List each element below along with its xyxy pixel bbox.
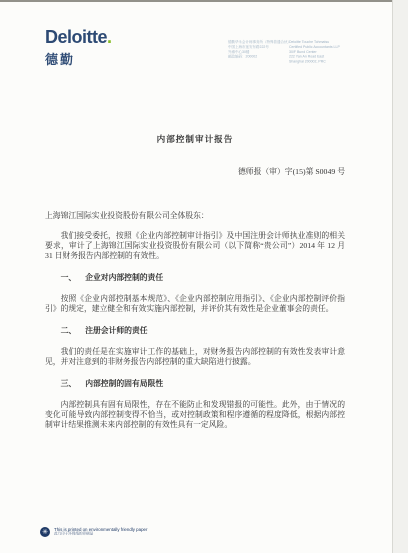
firm-address-chinese: 德勤华永会计师事务所（特殊普通合伙） 中国上海市延安东路222号 外滩中心30楼… bbox=[228, 40, 291, 60]
deloitte-logo: Deloitte. 德勤 bbox=[45, 28, 112, 68]
section-heading-1: 一、企业对内部控制的责任 bbox=[45, 273, 345, 283]
address-line: Shanghai 200002, PRC bbox=[289, 60, 340, 65]
intro-paragraph: 我们接受委托，按照《企业内部控制审计指引》及中国注册会计师执业准则的相关要求，审… bbox=[45, 231, 345, 262]
firm-address-english: Deloitte Touche Tohmatsu Certified Publi… bbox=[289, 40, 340, 64]
section-number: 二、 bbox=[61, 326, 77, 335]
address-line: 邮政编码：200002 bbox=[228, 55, 291, 60]
logo-green-dot: . bbox=[107, 27, 112, 47]
report-title: 内部控制审计报告 bbox=[45, 134, 345, 144]
reference-number: 德师报（审）字(15)第 S0049 号 bbox=[45, 167, 345, 177]
section-number: 三、 bbox=[61, 379, 77, 388]
section-title: 注册会计师的责任 bbox=[85, 326, 147, 335]
report-body: 内部控制审计报告 德师报（审）字(15)第 S0049 号 上海锦江国际实业投资… bbox=[45, 134, 345, 442]
scan-right-strip bbox=[392, 0, 408, 553]
section-paragraph-1: 按照《企业内部控制基本规范》、《企业内部控制应用指引》、《企业内部控制评价指引》… bbox=[45, 294, 345, 315]
eco-footer-text: This is printed on environmentally frien… bbox=[54, 527, 147, 536]
logo-text: Deloitte bbox=[45, 27, 107, 47]
logo-wordmark: Deloitte. bbox=[45, 28, 112, 46]
addressee-line: 上海锦江国际实业投资股份有限公司全体股东： bbox=[45, 211, 345, 221]
section-title: 企业对内部控制的责任 bbox=[85, 273, 163, 282]
section-paragraph-3: 内部控制具有固有局限性，存在不能防止和发现错报的可能性。此外，由于情况的变化可能… bbox=[45, 400, 345, 431]
logo-chinese-name: 德勤 bbox=[45, 49, 112, 68]
section-heading-2: 二、注册会计师的责任 bbox=[45, 326, 345, 336]
section-heading-3: 三、内部控制的固有局限性 bbox=[45, 379, 345, 389]
eco-line-chinese: 此乃印于环保纸的印刷品 bbox=[54, 532, 147, 536]
section-paragraph-2: 我们的责任是在实施审计工作的基础上，对财务报告内部控制的有效性发表审计意见，并对… bbox=[45, 347, 345, 368]
section-title: 内部控制的固有局限性 bbox=[85, 379, 163, 388]
recycled-paper-icon: ✳ bbox=[40, 527, 50, 537]
scan-top-edge bbox=[0, 0, 408, 2]
eco-footer: ✳ This is printed on environmentally fri… bbox=[40, 527, 224, 544]
section-number: 一、 bbox=[61, 273, 77, 282]
